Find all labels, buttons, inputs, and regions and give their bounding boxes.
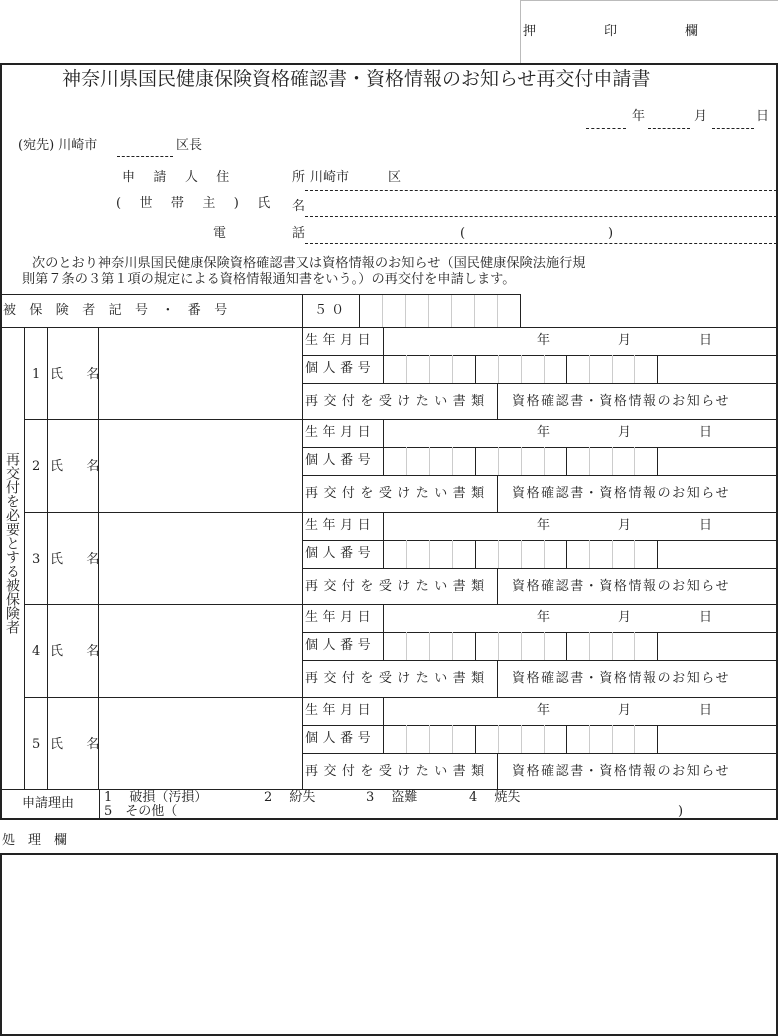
divider xyxy=(302,568,778,569)
phone-paren-open: ( xyxy=(460,227,465,240)
digit-divider xyxy=(521,725,522,753)
digit-divider xyxy=(474,295,475,327)
phone-label-left: 電 xyxy=(213,227,226,240)
dob-year-label: 年 xyxy=(537,426,550,439)
digit-divider xyxy=(634,540,635,568)
date-day-field[interactable] xyxy=(712,128,754,129)
my-number-label: 個人番号 xyxy=(305,732,375,745)
date-month-label: 月 xyxy=(694,110,707,123)
doc-value[interactable]: 資格確認書・資格情報のお知らせ xyxy=(512,580,730,593)
dob-field[interactable] xyxy=(385,514,776,538)
dob-day-label: 日 xyxy=(699,704,712,717)
digit-divider xyxy=(589,355,590,383)
digit-divider xyxy=(589,725,590,753)
divider xyxy=(566,447,567,475)
dob-label: 生年月日 xyxy=(305,334,375,347)
section-label: 再交付を必要とする被保険者 xyxy=(4,452,20,634)
dob-month-label: 月 xyxy=(618,334,631,347)
digit-divider xyxy=(451,295,452,327)
digit-divider xyxy=(498,632,499,660)
reason-option-1[interactable]: 1 破損（汚損） xyxy=(104,791,207,804)
digit-divider xyxy=(452,540,453,568)
divider xyxy=(475,540,476,568)
divider xyxy=(302,475,778,476)
divider xyxy=(383,419,384,475)
doc-value[interactable]: 資格確認書・資格情報のお知らせ xyxy=(512,395,730,408)
digit-divider xyxy=(612,540,613,568)
reason-option-3[interactable]: 3 盗難 xyxy=(366,791,417,804)
person-name-field[interactable] xyxy=(100,514,300,602)
dob-month-label: 月 xyxy=(618,611,631,624)
reason-3-text: 盗難 xyxy=(391,790,417,805)
divider xyxy=(47,697,48,789)
date-year-field[interactable] xyxy=(586,128,626,129)
dob-label: 生年月日 xyxy=(305,611,375,624)
divider xyxy=(302,632,778,633)
digit-divider xyxy=(498,447,499,475)
address-label: 所 xyxy=(292,171,305,184)
person-number: 5 xyxy=(32,738,40,751)
divider xyxy=(47,512,48,604)
reason-1-text: 破損（汚損） xyxy=(129,790,207,805)
my-number-field[interactable] xyxy=(385,357,776,381)
divider xyxy=(47,327,48,419)
digit-divider xyxy=(429,355,430,383)
address-prefill: 川崎市 区 xyxy=(310,171,401,184)
divider xyxy=(657,725,658,753)
doc-label: 再交付を受けたい書類 xyxy=(305,487,490,500)
digit-divider xyxy=(405,295,406,327)
reason-2-text: 紛失 xyxy=(289,790,315,805)
digit-divider xyxy=(544,540,545,568)
address-field[interactable] xyxy=(305,190,777,191)
divider xyxy=(657,447,658,475)
dob-day-label: 日 xyxy=(699,426,712,439)
dob-month-label: 月 xyxy=(618,519,631,532)
divider xyxy=(475,632,476,660)
digit-divider xyxy=(612,632,613,660)
divider xyxy=(302,447,778,448)
digit-divider xyxy=(634,355,635,383)
divider xyxy=(302,660,778,661)
digit-divider xyxy=(498,540,499,568)
my-number-label: 個人番号 xyxy=(305,454,375,467)
stamp-box-label: 押 印 欄 xyxy=(523,25,699,38)
applicant-label: 申 請 人 住 xyxy=(122,171,236,184)
digit-divider xyxy=(544,355,545,383)
divider xyxy=(657,355,658,383)
my-number-label: 個人番号 xyxy=(305,362,375,375)
divider xyxy=(24,604,778,605)
date-day-label: 日 xyxy=(756,110,769,123)
addressee-suffix: 区長 xyxy=(176,139,202,152)
divider xyxy=(475,355,476,383)
divider xyxy=(497,660,498,696)
reason-1-no: 1 xyxy=(104,790,112,805)
dob-field[interactable] xyxy=(385,606,776,630)
digit-divider xyxy=(429,632,430,660)
person-name-label: 氏 名 xyxy=(50,553,105,566)
statement-line-1: 次のとおり神奈川県国民健康保険資格確認書又は資格情報のお知らせ（国民健康保険法施… xyxy=(32,257,585,270)
date-month-field[interactable] xyxy=(648,128,690,129)
dob-field[interactable] xyxy=(385,699,776,723)
divider xyxy=(302,725,778,726)
divider xyxy=(497,383,498,419)
my-number-field[interactable] xyxy=(385,634,776,658)
dob-month-label: 月 xyxy=(618,704,631,717)
dob-label: 生年月日 xyxy=(305,704,375,717)
divider xyxy=(24,697,778,698)
divider xyxy=(566,540,567,568)
divider xyxy=(383,604,384,660)
digit-divider xyxy=(429,725,430,753)
digit-divider xyxy=(634,447,635,475)
person-number: 2 xyxy=(32,460,40,473)
divider xyxy=(566,355,567,383)
householder-label: ( 世 帯 主 ) 氏 xyxy=(116,197,277,210)
divider xyxy=(99,789,100,820)
insured-number-label: 被 保 険 者 記 号 ・ 番 号 xyxy=(3,304,227,317)
divider xyxy=(475,725,476,753)
doc-label: 再交付を受けたい書類 xyxy=(305,672,490,685)
digit-divider xyxy=(452,447,453,475)
my-number-label: 個人番号 xyxy=(305,639,375,652)
dob-label: 生年月日 xyxy=(305,426,375,439)
divider xyxy=(475,447,476,475)
reason-4-no: 4 xyxy=(469,790,477,805)
digit-divider xyxy=(634,632,635,660)
doc-value[interactable]: 資格確認書・資格情報のお知らせ xyxy=(512,765,730,778)
digit-divider xyxy=(406,447,407,475)
digit-divider xyxy=(406,355,407,383)
person-name-label: 氏 名 xyxy=(50,460,105,473)
divider xyxy=(566,725,567,753)
reason-4-text: 焼失 xyxy=(494,790,520,805)
divider xyxy=(497,568,498,604)
reason-other-close: ) xyxy=(678,805,683,818)
digit-divider xyxy=(612,447,613,475)
divider xyxy=(302,294,303,328)
digit-divider xyxy=(428,295,429,327)
divider xyxy=(302,327,303,419)
dob-year-label: 年 xyxy=(537,611,550,624)
divider xyxy=(657,540,658,568)
divider xyxy=(497,753,498,789)
doc-label: 再交付を受けたい書類 xyxy=(305,765,490,778)
reason-option-4[interactable]: 4 焼失 xyxy=(469,791,520,804)
processing-box xyxy=(0,853,778,1036)
name-label: 名 xyxy=(292,200,305,213)
digit-divider xyxy=(382,295,383,327)
person-name-label: 氏 名 xyxy=(50,645,105,658)
divider xyxy=(383,697,384,753)
digit-divider xyxy=(589,632,590,660)
phone-field[interactable] xyxy=(305,243,777,244)
statement-line-2: 則第７条の３第１項の規定による資格情報通知書をいう。）の再交付を申請します。 xyxy=(22,273,515,286)
digit-divider xyxy=(406,632,407,660)
person-number: 3 xyxy=(32,553,40,566)
dob-label: 生年月日 xyxy=(305,519,375,532)
divider xyxy=(302,697,303,789)
digit-divider xyxy=(497,295,498,327)
my-number-label: 個人番号 xyxy=(305,547,375,560)
dob-day-label: 日 xyxy=(699,519,712,532)
digit-divider xyxy=(498,725,499,753)
digit-divider xyxy=(452,355,453,383)
divider xyxy=(497,475,498,511)
phone-label: 話 xyxy=(292,227,305,240)
person-name-label: 氏 名 xyxy=(50,738,105,751)
dob-field[interactable] xyxy=(385,329,776,353)
insured-number-field[interactable] xyxy=(360,295,519,327)
digit-divider xyxy=(452,632,453,660)
person-name-field[interactable] xyxy=(100,421,300,509)
dob-day-label: 日 xyxy=(699,334,712,347)
digit-divider xyxy=(521,447,522,475)
divider xyxy=(302,540,778,541)
reason-option-2[interactable]: 2 紛失 xyxy=(264,791,315,804)
divider xyxy=(302,419,303,511)
divider xyxy=(302,604,303,696)
dob-year-label: 年 xyxy=(537,519,550,532)
doc-value[interactable]: 資格確認書・資格情報のお知らせ xyxy=(512,487,730,500)
digit-divider xyxy=(544,725,545,753)
dob-field[interactable] xyxy=(385,421,776,445)
digit-divider xyxy=(429,447,430,475)
digit-divider xyxy=(612,355,613,383)
dob-day-label: 日 xyxy=(699,611,712,624)
person-number: 4 xyxy=(32,645,40,658)
divider xyxy=(657,632,658,660)
addressee-prefix: (宛先) 川崎市 xyxy=(18,139,97,152)
digit-divider xyxy=(521,355,522,383)
form-title: 神奈川県国民健康保険資格確認書・資格情報のお知らせ再交付申請書 xyxy=(62,70,650,89)
digit-divider xyxy=(612,725,613,753)
insured-number-prefix: ５ ０ xyxy=(314,304,344,317)
reason-3-no: 3 xyxy=(366,790,374,805)
divider xyxy=(302,753,778,754)
my-number-field[interactable] xyxy=(385,542,776,566)
processing-label: 処 理 欄 xyxy=(2,834,67,847)
digit-divider xyxy=(429,540,430,568)
divider xyxy=(24,419,778,420)
digit-divider xyxy=(452,725,453,753)
person-name-field[interactable] xyxy=(100,699,300,787)
phone-paren-close: ) xyxy=(608,227,613,240)
digit-divider xyxy=(589,540,590,568)
divider xyxy=(520,294,521,328)
digit-divider xyxy=(406,540,407,568)
doc-label: 再交付を受けたい書類 xyxy=(305,580,490,593)
reason-label: 申請理由 xyxy=(22,797,74,810)
ward-name-field[interactable] xyxy=(117,156,173,157)
digit-divider xyxy=(634,725,635,753)
divider xyxy=(0,327,778,328)
applicant-name-field[interactable] xyxy=(305,216,777,217)
reason-5-no: 5 xyxy=(104,804,112,819)
person-number: 1 xyxy=(32,368,40,381)
divider xyxy=(302,512,303,604)
divider xyxy=(47,419,48,511)
divider xyxy=(383,327,384,383)
digit-divider xyxy=(544,632,545,660)
reason-other-field[interactable] xyxy=(190,804,670,818)
reason-option-5[interactable]: 5 その他（ xyxy=(104,805,177,818)
divider xyxy=(566,632,567,660)
divider xyxy=(24,327,25,789)
digit-divider xyxy=(521,632,522,660)
digit-divider xyxy=(544,447,545,475)
date-year-label: 年 xyxy=(632,110,645,123)
digit-divider xyxy=(498,355,499,383)
doc-value[interactable]: 資格確認書・資格情報のお知らせ xyxy=(512,672,730,685)
digit-divider xyxy=(406,725,407,753)
digit-divider xyxy=(521,540,522,568)
divider xyxy=(383,512,384,568)
reason-5-text: その他（ xyxy=(125,804,177,819)
reason-2-no: 2 xyxy=(264,790,272,805)
stamp-box[interactable]: 押 印 欄 xyxy=(520,0,778,64)
person-name-field[interactable] xyxy=(100,329,300,417)
my-number-field[interactable] xyxy=(385,727,776,751)
dob-year-label: 年 xyxy=(537,704,550,717)
dob-month-label: 月 xyxy=(618,426,631,439)
doc-label: 再交付を受けたい書類 xyxy=(305,395,490,408)
divider xyxy=(302,383,778,384)
person-name-field[interactable] xyxy=(100,606,300,694)
my-number-field[interactable] xyxy=(385,449,776,473)
divider xyxy=(24,512,778,513)
divider xyxy=(302,355,778,356)
digit-divider xyxy=(589,447,590,475)
divider xyxy=(47,604,48,696)
person-name-label: 氏 名 xyxy=(50,368,105,381)
dob-year-label: 年 xyxy=(537,334,550,347)
